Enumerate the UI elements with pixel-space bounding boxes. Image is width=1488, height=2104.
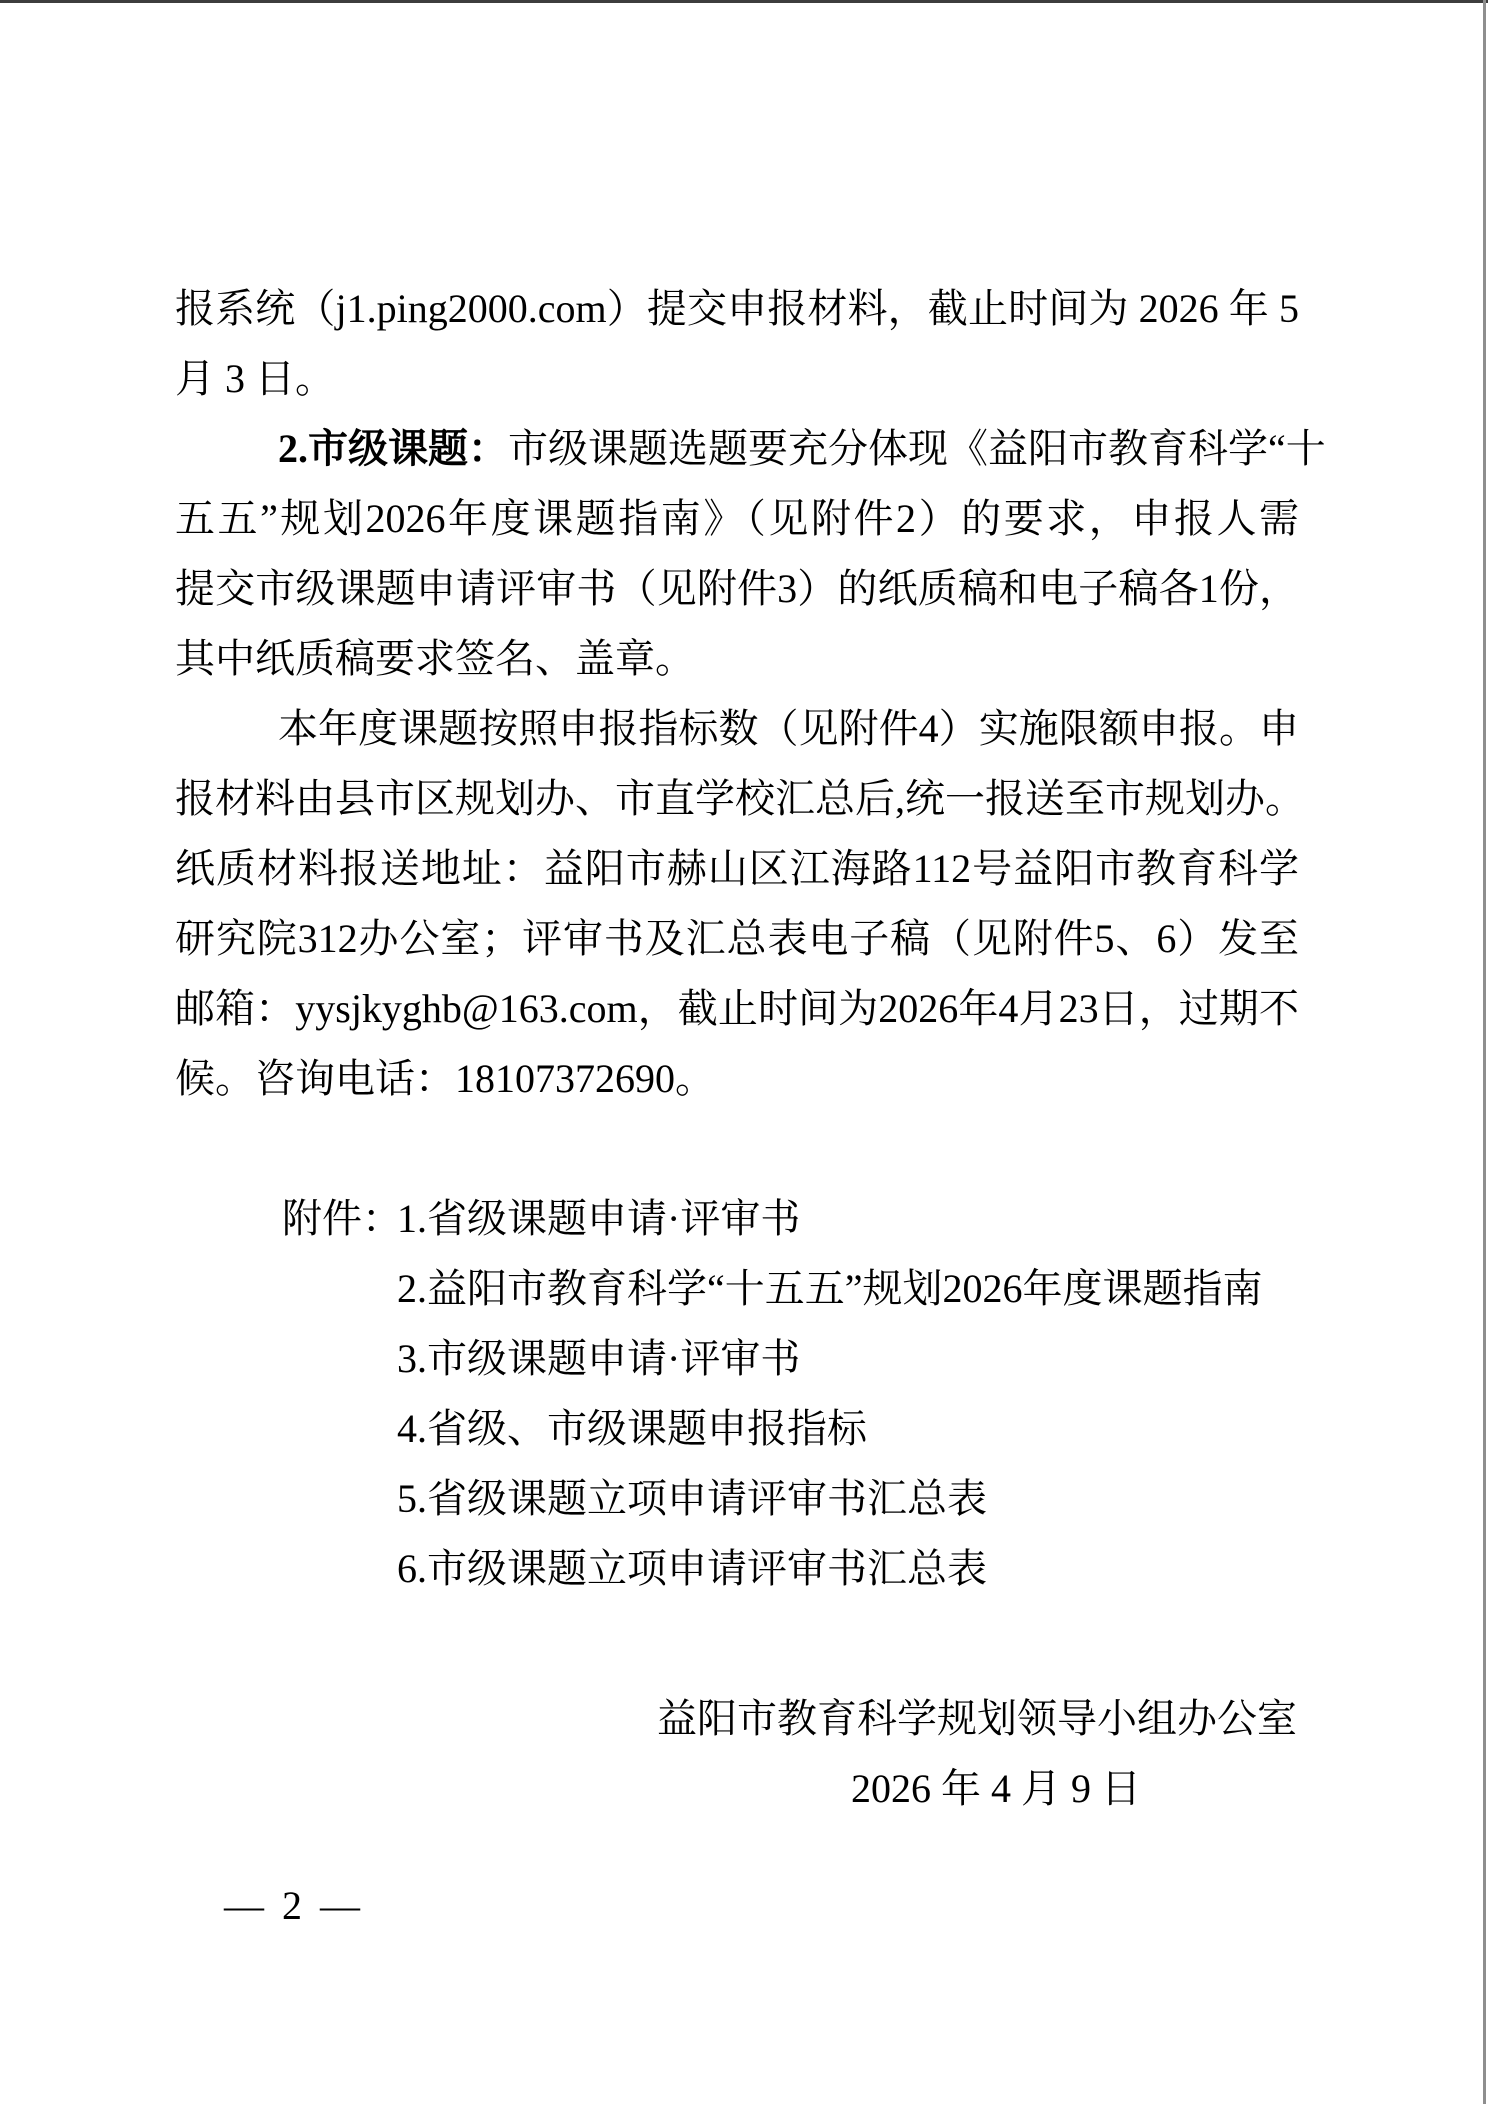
body-line: 纸质材料报送地址：益阳市赫山区江海路112号益阳市教育科学: [175, 834, 1299, 904]
body-line: 其中纸质稿要求签名、盖章。: [175, 624, 1299, 694]
document-page: 报系统（j1.ping2000.com）提交申报材料，截止时间为 2026 年 …: [0, 0, 1488, 2104]
bold-run: 2.市级课题：: [278, 426, 508, 471]
body-line: 候。咨询电话：18107372690。: [175, 1044, 1299, 1114]
attachments-label: 附件：: [282, 1184, 397, 1254]
body-line: 报系统（j1.ping2000.com）提交申报材料，截止时间为 2026 年 …: [175, 274, 1299, 344]
text-run: 市级课题选题要充分体现《益阳市教育科学“十: [508, 426, 1326, 471]
body-line: 2.市级课题：市级课题选题要充分体现《益阳市教育科学“十: [175, 414, 1299, 484]
body-line: 研究院312办公室；评审书及汇总表电子稿（见附件5、6）发至: [175, 904, 1299, 974]
attachment-item: 6.市级课题立项申请评审书汇总表: [175, 1534, 1299, 1604]
body-line: 月 3 日。: [175, 344, 1299, 414]
body-line: 本年度课题按照申报指标数（见附件4）实施限额申报。申: [175, 694, 1299, 764]
document-body: 报系统（j1.ping2000.com）提交申报材料，截止时间为 2026 年 …: [175, 274, 1299, 1824]
scan-right-edge-line: [1483, 0, 1486, 2104]
body-line: 邮箱：yysjkyghb@163.com，截止时间为2026年4月23日，过期不: [175, 974, 1299, 1044]
attachment-item: 2.益阳市教育科学“十五五”规划2026年度课题指南: [175, 1254, 1299, 1324]
attachment-item: 4.省级、市级课题申报指标: [175, 1394, 1299, 1464]
body-line: 提交市级课题申请评审书（见附件3）的纸质稿和电子稿各1份，: [175, 554, 1299, 624]
attachments-row: 附件：1.省级课题申请·评审书: [175, 1184, 1299, 1254]
blank-line: [175, 1114, 1299, 1184]
scan-top-edge-line: [0, 0, 1488, 3]
body-line: 报材料由县市区规划办、市直学校汇总后,统一报送至市规划办。: [175, 764, 1299, 834]
attachment-item: 1.省级课题申请·评审书: [397, 1196, 800, 1241]
date-line: 2026 年 4 月 9 日: [175, 1754, 1299, 1824]
signature-line: 益阳市教育科学规划领导小组办公室: [175, 1684, 1299, 1754]
attachment-item: 5.省级课题立项申请评审书汇总表: [175, 1464, 1299, 1534]
page-number: — 2 —: [224, 1882, 360, 1930]
attachment-item: 3.市级课题申请·评审书: [175, 1324, 1299, 1394]
body-line: 五五”规划2026年度课题指南》（见附件2）的要求，申报人需: [175, 484, 1299, 554]
blank-line: [175, 1604, 1299, 1674]
